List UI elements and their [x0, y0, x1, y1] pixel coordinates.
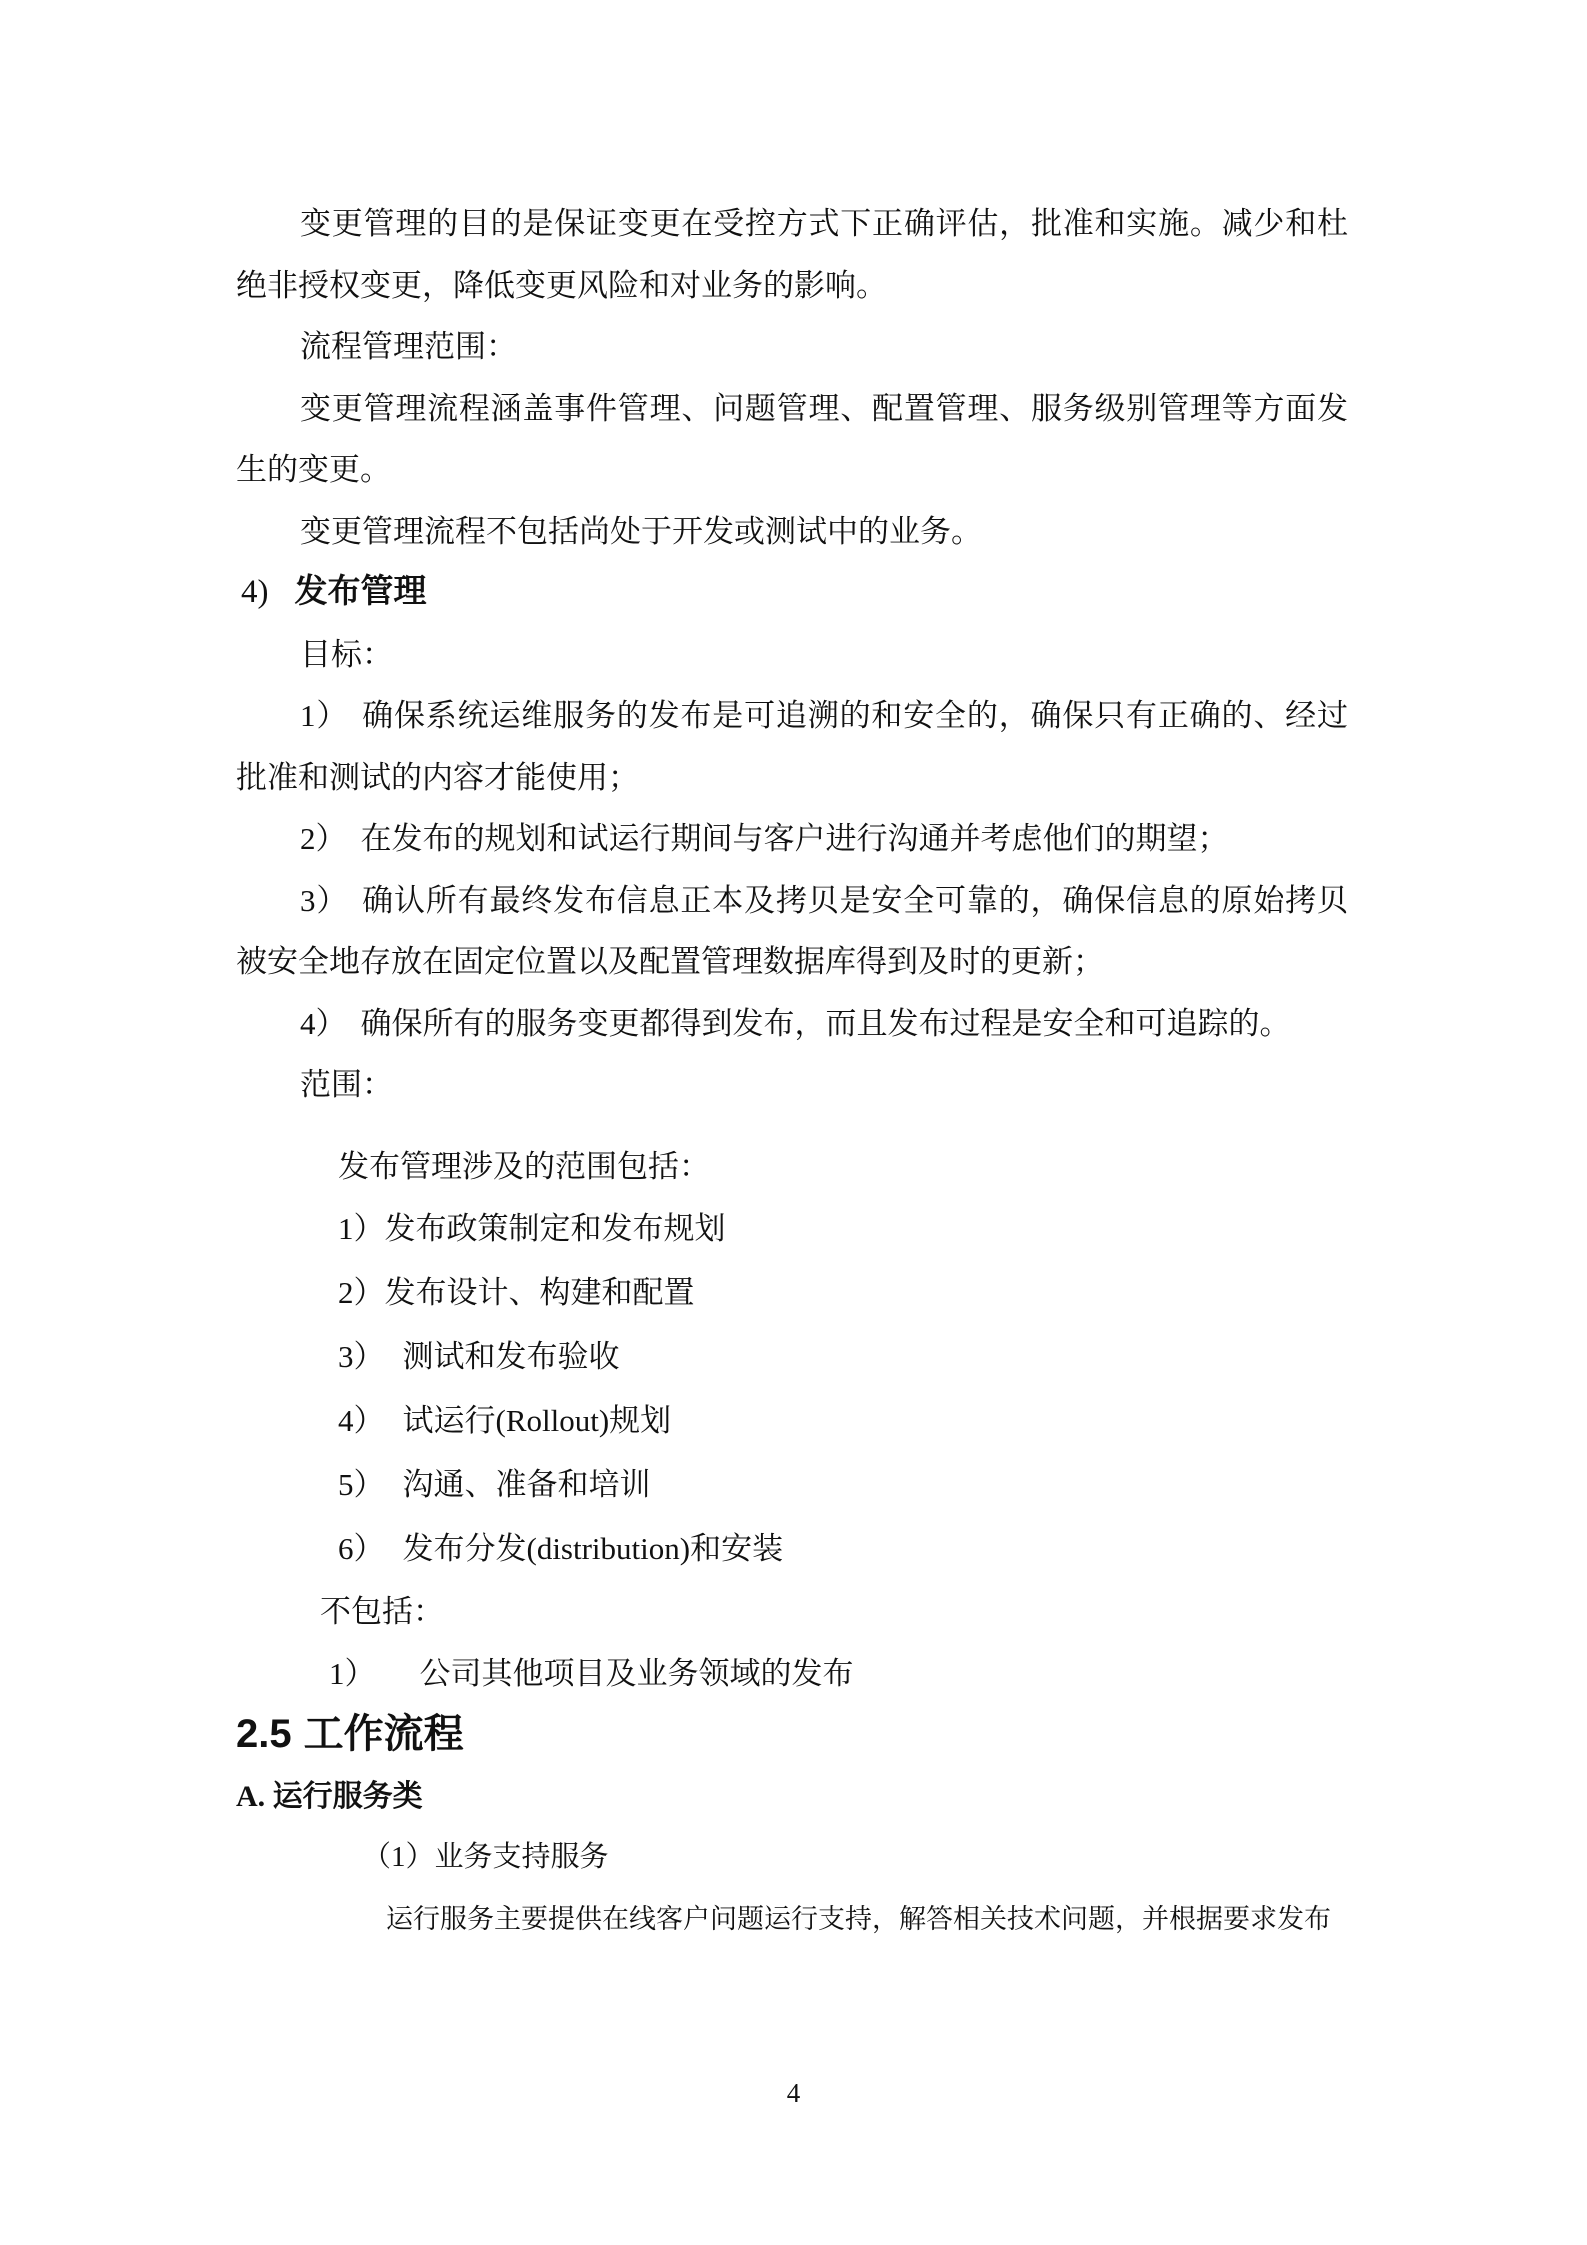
- scope-item-number: 3）: [338, 1339, 385, 1374]
- goal-number: 3）: [300, 883, 348, 918]
- goal-item: 2）在发布的规划和试运行期间与客户进行沟通并考虑他们的期望；: [236, 808, 1348, 870]
- scope-item: 6）发布分发(distribution)和安装: [236, 1517, 1348, 1581]
- exclusion-item-text: 公司其他项目及业务领域的发布: [420, 1656, 854, 1691]
- document-page: 变更管理的目的是保证变更在受控方式下正确评估，批准和实施。减少和杜绝非授权变更，…: [0, 0, 1587, 2245]
- scope-item-number: 5）: [338, 1467, 385, 1502]
- scope-intro: 发布管理涉及的范围包括：: [236, 1136, 1348, 1198]
- goal-number: 1）: [300, 698, 348, 733]
- heading-release-management: 4)发布管理: [236, 562, 1348, 624]
- label-process-scope: 流程管理范围：: [236, 316, 1348, 378]
- scope-item-number: 2）: [338, 1275, 385, 1310]
- workflow-heading-number: 2.5: [236, 1712, 292, 1756]
- goal-item: 4）确保所有的服务变更都得到发布，而且发布过程是安全和可追踪的。: [236, 993, 1348, 1055]
- label-goals: 目标：: [236, 624, 1348, 686]
- page-number: 4: [0, 2076, 1587, 2110]
- goal-item: 3）确认所有最终发布信息正本及拷贝是安全可靠的，确保信息的原始拷贝被安全地存放在…: [236, 870, 1348, 993]
- scope-item-number: 4）: [338, 1403, 385, 1438]
- goal-number: 4）: [300, 1006, 347, 1041]
- paragraph-change-exclusion: 变更管理流程不包括尚处于开发或测试中的业务。: [236, 501, 1348, 563]
- release-heading-number: 4): [241, 574, 269, 610]
- scope-item-text: 沟通、准备和培训: [403, 1467, 651, 1502]
- scope-item: 2）发布设计、构建和配置: [236, 1261, 1348, 1325]
- heading-category-a: A. 运行服务类: [236, 1766, 1348, 1828]
- goal-item: 1）确保系统运维服务的发布是可追溯的和安全的，确保只有正确的、经过批准和测试的内…: [236, 685, 1348, 808]
- scope-item-number: 6）: [338, 1531, 385, 1566]
- scope-item-text: 发布设计、构建和配置: [385, 1275, 695, 1310]
- scope-item-text: 发布分发(distribution)和安装: [403, 1531, 784, 1566]
- paragraph-change-purpose: 变更管理的目的是保证变更在受控方式下正确评估，批准和实施。减少和杜绝非授权变更，…: [236, 193, 1348, 316]
- scope-item: 4）试运行(Rollout)规划: [236, 1389, 1348, 1453]
- scope-item: 5）沟通、准备和培训: [236, 1453, 1348, 1517]
- document-body: 变更管理的目的是保证变更在受控方式下正确评估，批准和实施。减少和杜绝非授权变更，…: [236, 193, 1348, 1950]
- release-heading-title: 发布管理: [295, 574, 427, 610]
- goal-text: 确认所有最终发布信息正本及拷贝是安全可靠的，确保信息的原始拷贝被安全地存放在固定…: [236, 883, 1348, 980]
- paragraph-change-scope-coverage: 变更管理流程涵盖事件管理、问题管理、配置管理、服务级别管理等方面发生的变更。: [236, 378, 1348, 501]
- goal-text: 确保系统运维服务的发布是可追溯的和安全的，确保只有正确的、经过批准和测试的内容才…: [236, 698, 1348, 795]
- workflow-heading-title: 工作流程: [304, 1712, 464, 1756]
- label-exclusions: 不包括：: [236, 1581, 1348, 1643]
- scope-item: 1）发布政策制定和发布规划: [236, 1197, 1348, 1261]
- scope-item-text: 测试和发布验收: [403, 1339, 620, 1374]
- goal-text: 在发布的规划和试运行期间与客户进行沟通并考虑他们的期望；: [361, 821, 1229, 856]
- goal-number: 2）: [300, 821, 347, 856]
- exclusion-item: 1）公司其他项目及业务领域的发布: [236, 1643, 1348, 1705]
- scope-item-number: 1）: [338, 1211, 385, 1246]
- heading-workflow: 2.5工作流程: [236, 1704, 1348, 1766]
- sub-item-business-support: （1）业务支持服务: [236, 1827, 1348, 1889]
- paragraph-service-description: 运行服务主要提供在线客户问题运行支持，解答相关技术问题，并根据要求发布: [236, 1889, 1348, 1951]
- goal-text: 确保所有的服务变更都得到发布，而且发布过程是安全和可追踪的。: [361, 1006, 1291, 1041]
- scope-item-text: 试运行(Rollout)规划: [403, 1403, 672, 1438]
- scope-item-text: 发布政策制定和发布规划: [385, 1211, 726, 1246]
- scope-item: 3）测试和发布验收: [236, 1325, 1348, 1389]
- exclusion-item-number: 1）: [329, 1656, 376, 1691]
- label-scope: 范围：: [236, 1054, 1348, 1116]
